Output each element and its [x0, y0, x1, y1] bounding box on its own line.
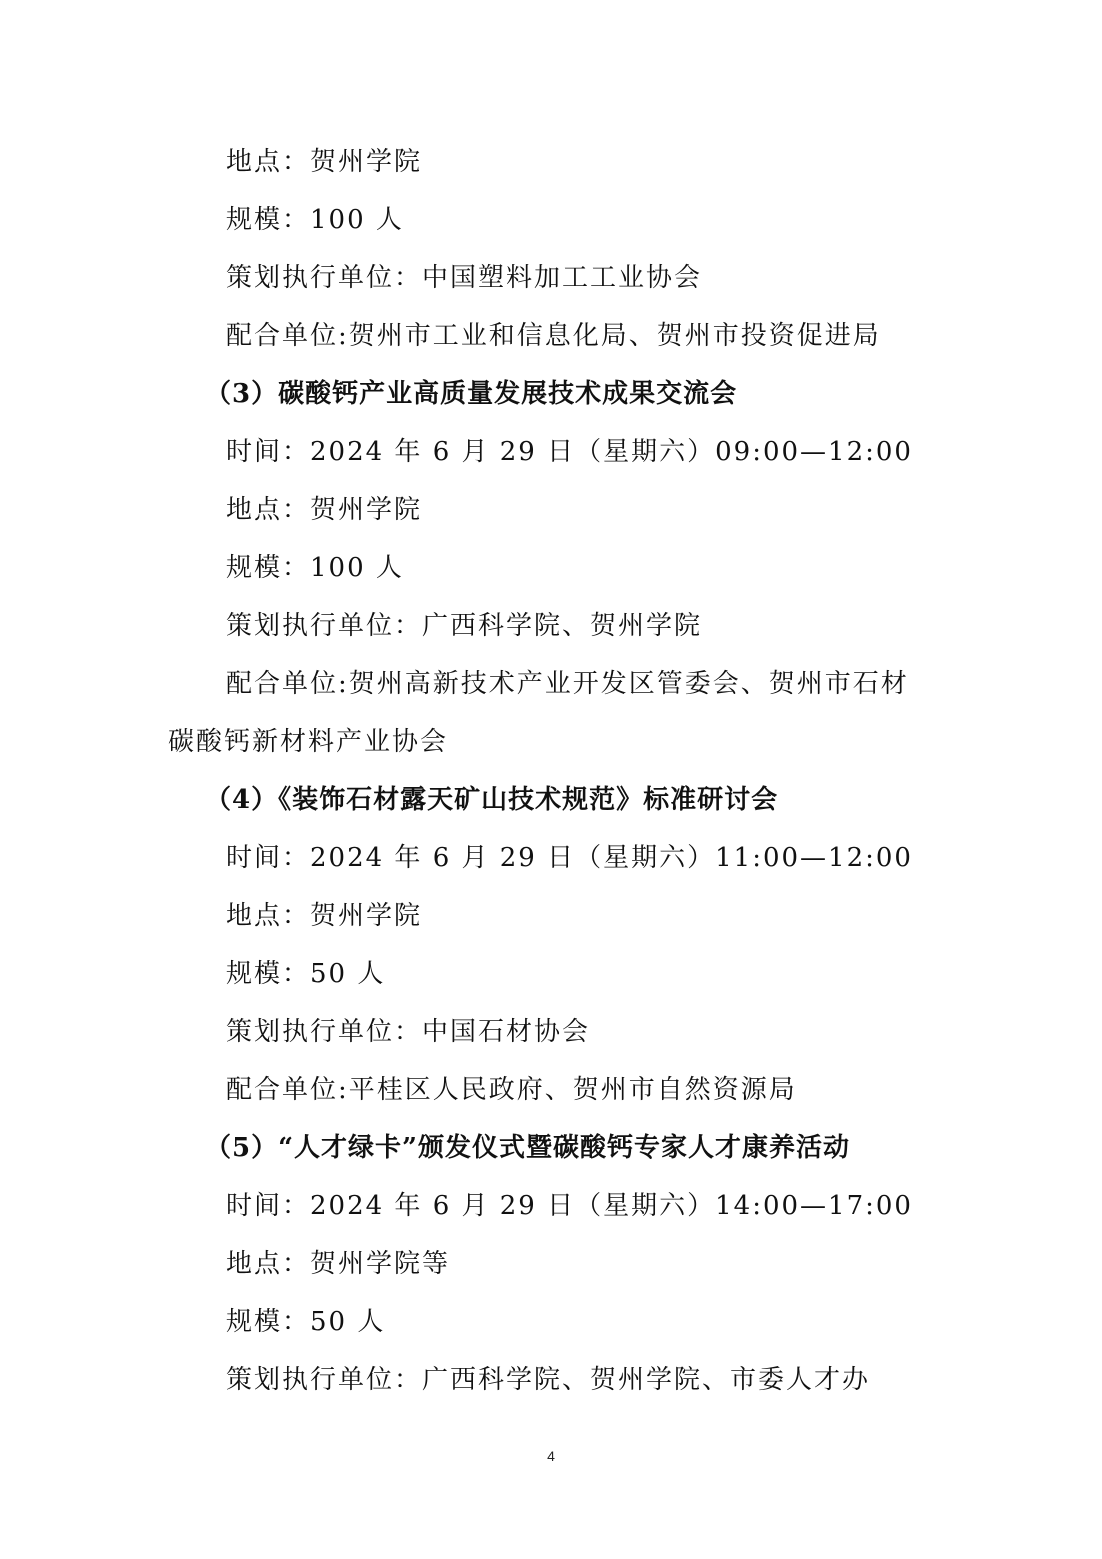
- scale-line: 规模：100 人: [226, 551, 404, 585]
- venue-line: 地点：贺州学院: [226, 493, 422, 527]
- venue-line: 地点：贺州学院: [226, 145, 422, 179]
- venue-line: 地点：贺州学院: [226, 899, 422, 933]
- organizer-line: 策划执行单位：中国塑料加工工业协会: [226, 261, 702, 295]
- section-heading-4: （4）《装饰石材露天矿山技术规范》标准研讨会: [205, 783, 778, 817]
- page-number: 4: [0, 1448, 1102, 1464]
- organizer-line: 策划执行单位：广西科学院、贺州学院、市委人才办: [226, 1363, 870, 1397]
- time-line: 时间：2024 年 6 月 29 日（星期六）09:00—12:00: [226, 435, 913, 469]
- scale-line: 规模：50 人: [226, 1305, 385, 1339]
- organizer-line: 策划执行单位：广西科学院、贺州学院: [226, 609, 702, 643]
- time-line: 时间：2024 年 6 月 29 日（星期六）14:00—17:00: [226, 1189, 913, 1223]
- section-heading-3: （3）碳酸钙产业高质量发展技术成果交流会: [205, 377, 737, 411]
- section-heading-5: （5）“人才绿卡”颁发仪式暨碳酸钙专家人才康养活动: [205, 1131, 850, 1165]
- scale-line: 规模：50 人: [226, 957, 385, 991]
- document-page: 地点：贺州学院 规模：100 人 策划执行单位：中国塑料加工工业协会 配合单位:…: [0, 0, 1102, 1559]
- partner-line: 配合单位:平桂区人民政府、贺州市自然资源局: [226, 1073, 797, 1107]
- organizer-line: 策划执行单位：中国石材协会: [226, 1015, 590, 1049]
- scale-line: 规模：100 人: [226, 203, 404, 237]
- partner-line-continued: 碳酸钙新材料产业协会: [168, 725, 448, 759]
- time-line: 时间：2024 年 6 月 29 日（星期六）11:00—12:00: [226, 841, 913, 875]
- partner-line: 配合单位:贺州市工业和信息化局、贺州市投资促进局: [226, 319, 881, 353]
- partner-line: 配合单位:贺州高新技术产业开发区管委会、贺州市石材: [226, 667, 909, 701]
- venue-line: 地点：贺州学院等: [226, 1247, 450, 1281]
